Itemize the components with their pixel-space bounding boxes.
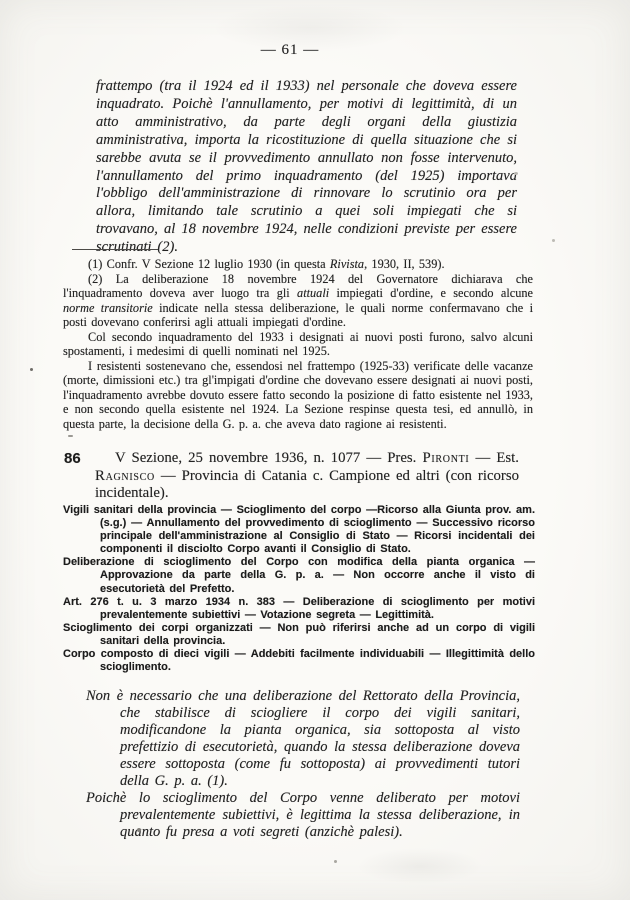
scan-speck (334, 860, 337, 863)
scanned-journal-page: — 61 — frattempo (tra il 1924 ed il 1933… (0, 0, 630, 900)
scan-speck (68, 435, 73, 437)
holding-paragraph-1: Non è necessario che una deliberazione d… (86, 688, 520, 790)
scan-speck (137, 828, 141, 832)
footnote-1: (1) Confr. V Sezione 12 luglio 1930 (in … (63, 257, 533, 272)
headnote-4: Scioglimento dei corpi organizzati — Non… (63, 622, 535, 648)
scan-speck (514, 172, 518, 175)
footnotes-block: (1) Confr. V Sezione 12 luglio 1930 (in … (63, 257, 533, 431)
footnote-2-para-1: (2) La deliberazione 18 novembre 1924 de… (63, 272, 533, 330)
footnote-2-para-3: I resistenti sostenevano che, essendosi … (63, 359, 533, 432)
headnotes-block: Vigili sanitari della provincia — Sciogl… (63, 504, 535, 674)
headnote-5: Corpo composto di dieci vigili — Addebit… (63, 648, 535, 674)
page-number: — 61 — (60, 42, 520, 59)
holding-paragraph-2: Poichè lo scioglimento del Corpo venne d… (86, 790, 520, 841)
case-number: 86 (64, 450, 81, 467)
scan-speck (552, 239, 555, 242)
intro-paragraph: frattempo (tra il 1924 ed il 1933) nel p… (96, 78, 517, 257)
footnote-2-para-2: Col secondo inquadramento del 1933 i des… (63, 330, 533, 359)
footnote-separator-rule (72, 249, 158, 250)
case-heading: V Sezione, 25 novembre 1936, n. 1077 — P… (95, 450, 519, 503)
headnote-2: Deliberazione di scioglimento del Corpo … (63, 556, 535, 595)
headnote-1: Vigili sanitari della provincia — Sciogl… (63, 504, 535, 556)
headnote-3: Art. 276 t. u. 3 marzo 1934 n. 383 — Del… (63, 596, 535, 622)
holdings-block: Non è necessario che una deliberazione d… (86, 688, 520, 841)
scan-speck (30, 368, 33, 371)
